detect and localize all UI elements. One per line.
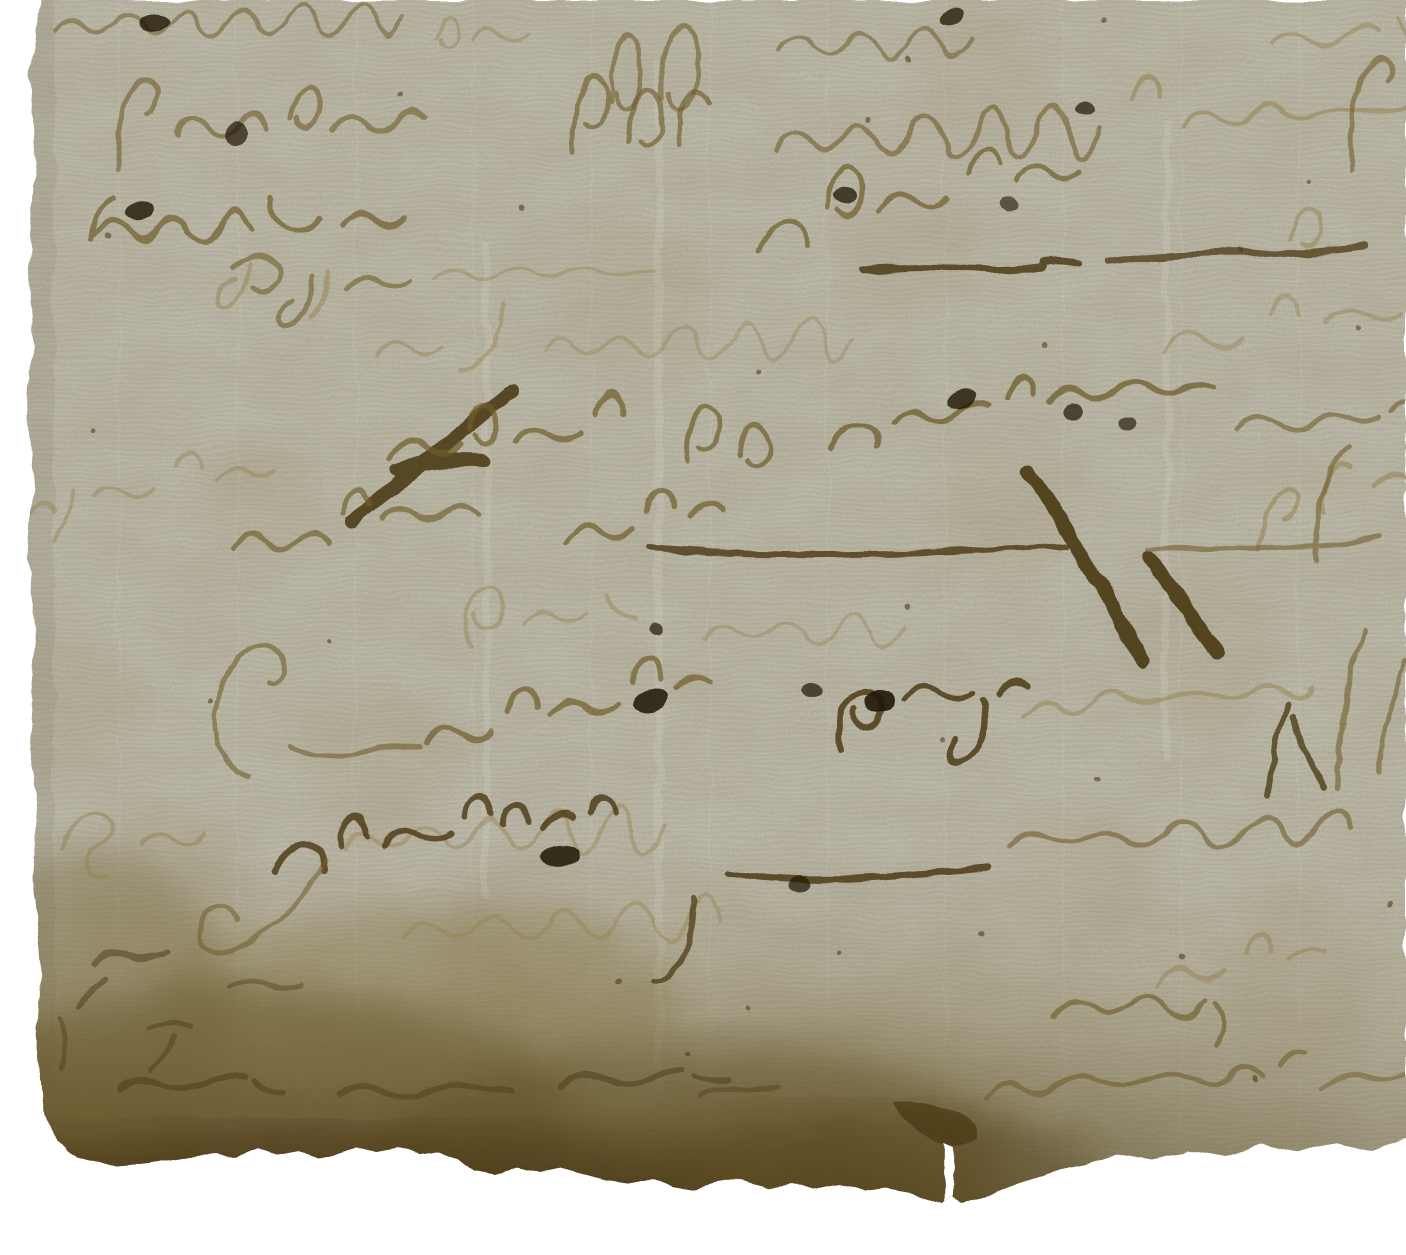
paper-group xyxy=(0,0,1406,1255)
paper-crack xyxy=(943,1140,953,1212)
manuscript-scan xyxy=(0,0,1406,1255)
document-page xyxy=(0,0,1406,1255)
